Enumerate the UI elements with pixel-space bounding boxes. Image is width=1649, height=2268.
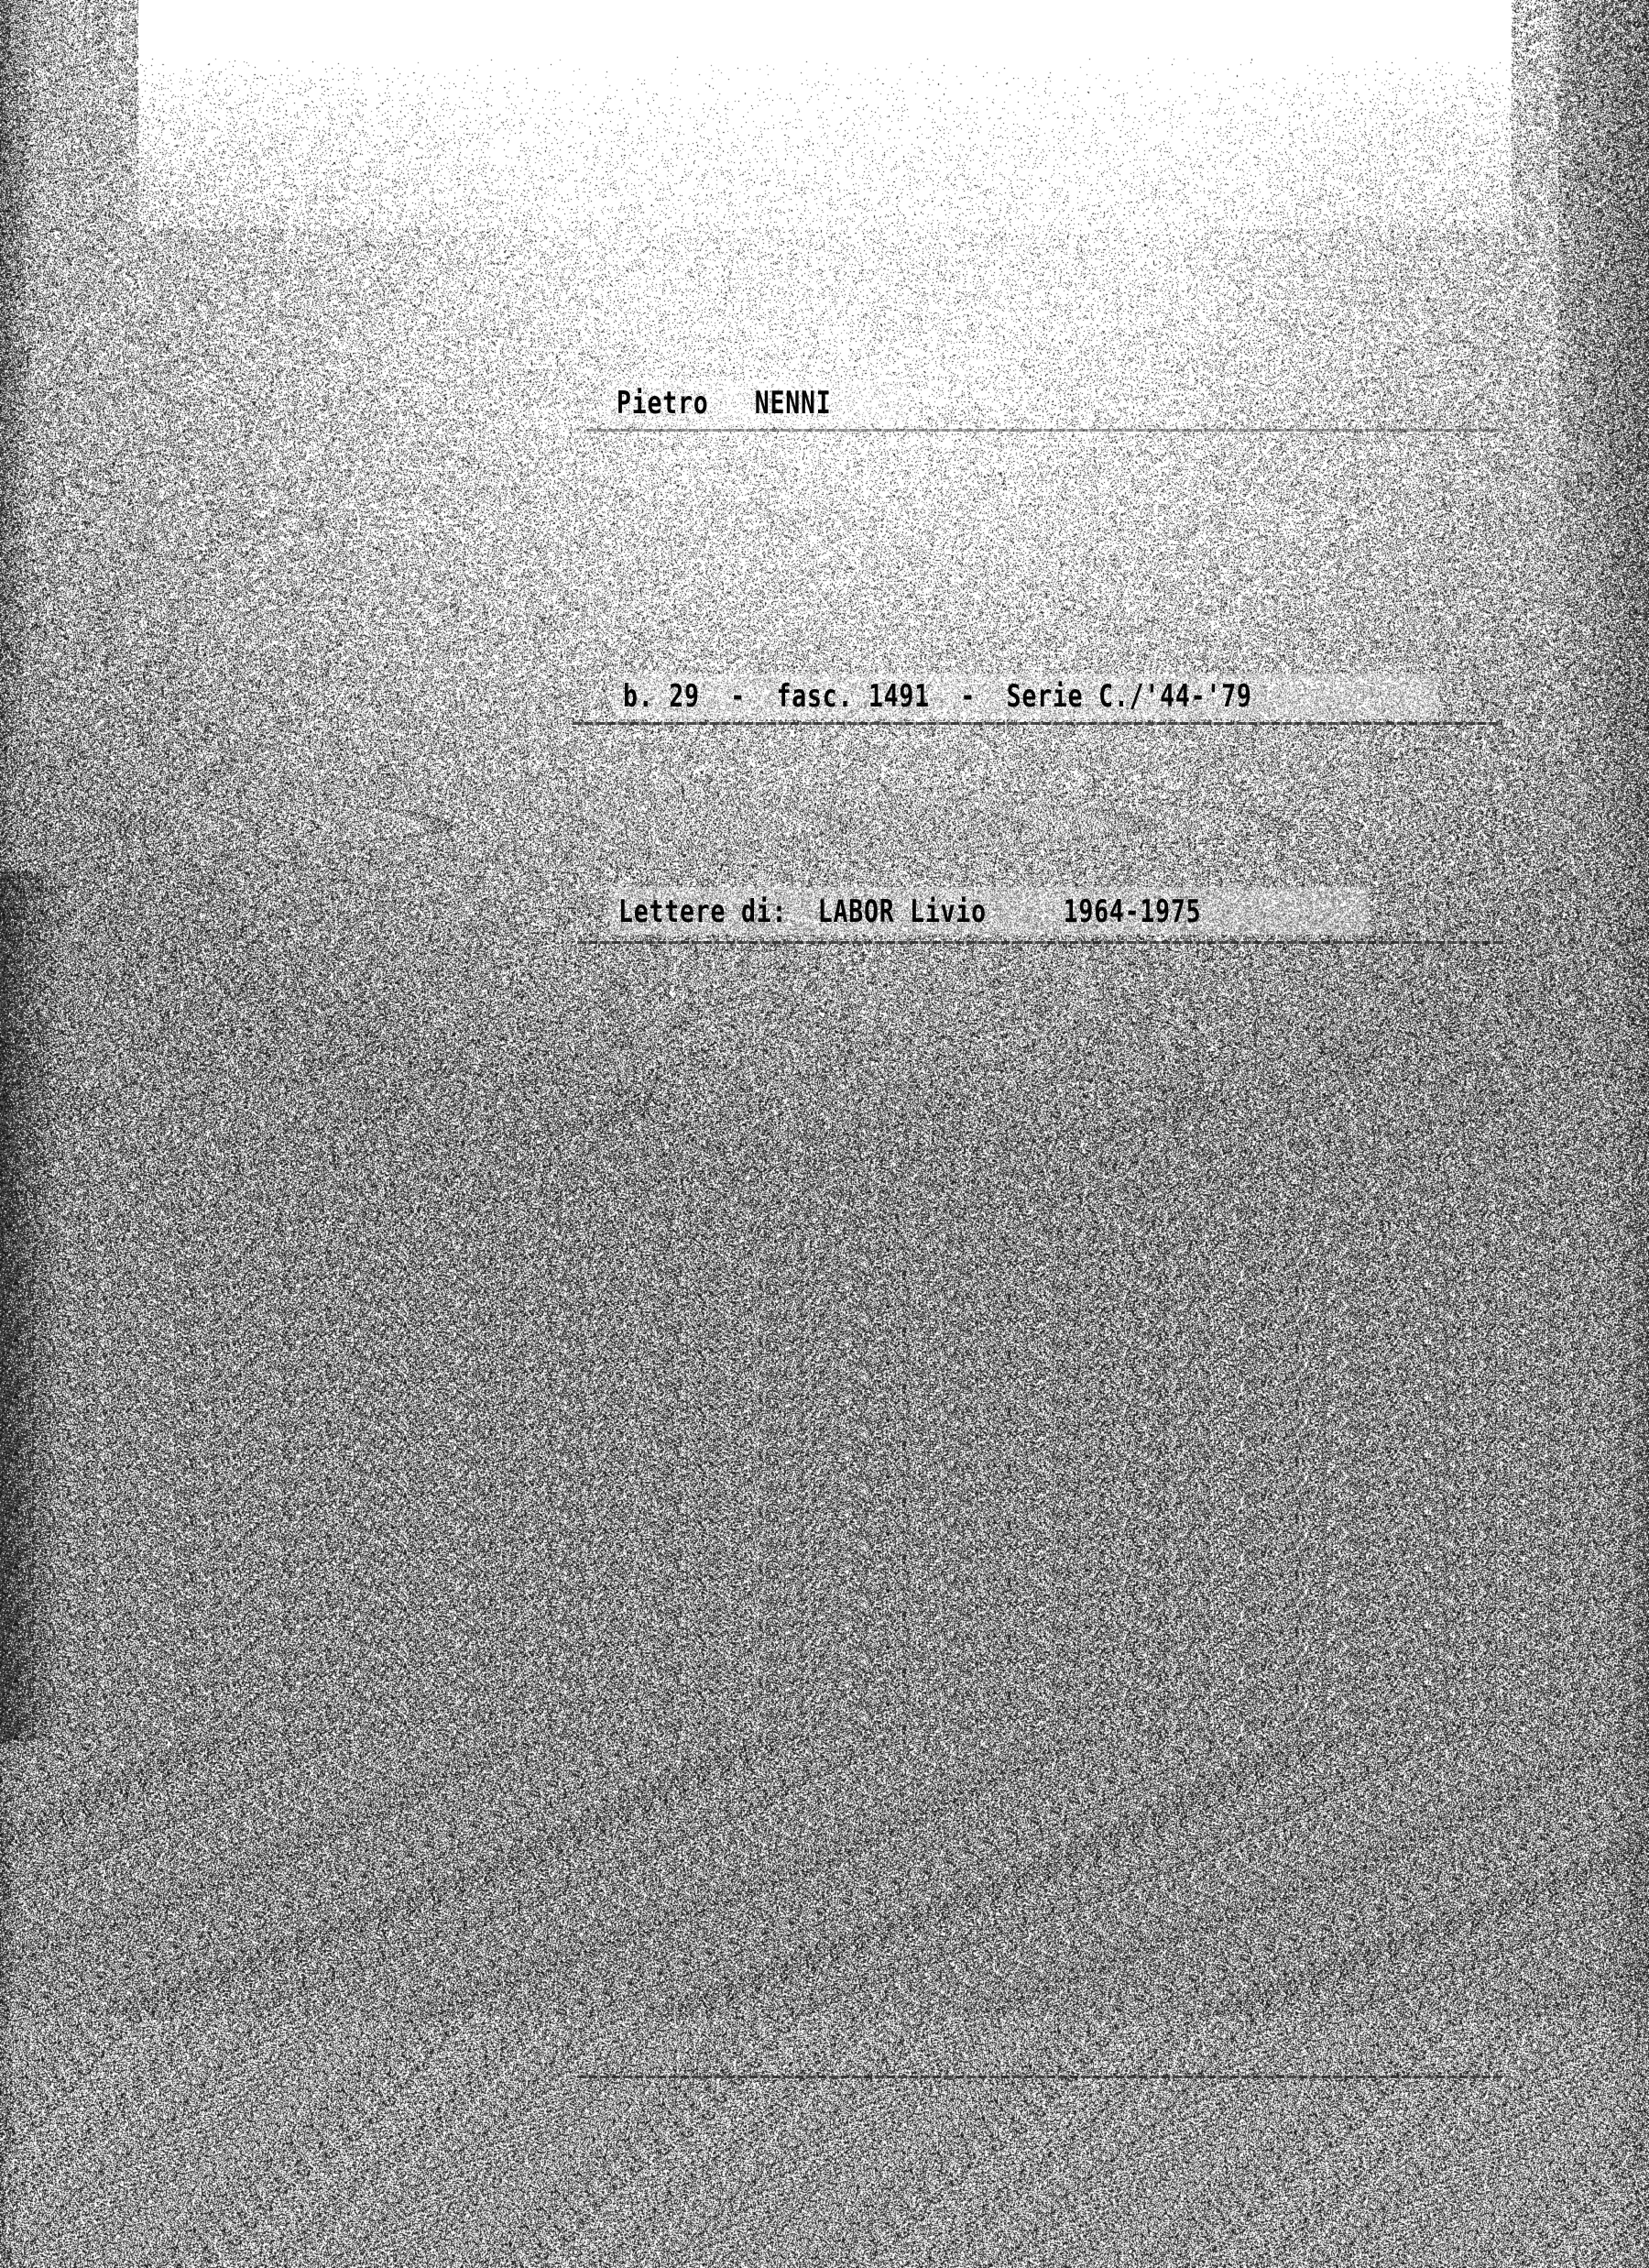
letters-correspondent-line: Lettere di: LABOR Livio 1964-1975: [618, 893, 1201, 930]
author-name: Pietro NENNI: [617, 385, 831, 422]
blank-bottom-rule: [577, 2076, 1502, 2078]
archive-reference: b. 29 - fasc. 1491 - Serie C./'44-'79: [623, 678, 1252, 715]
letters-underline: [577, 941, 1502, 944]
scan-noise-background: [0, 0, 1649, 2268]
scanned-document-page: Pietro NENNI b. 29 - fasc. 1491 - Serie …: [0, 0, 1649, 2268]
author-underline: [586, 429, 1502, 432]
archive-reference-underline: [573, 722, 1502, 725]
